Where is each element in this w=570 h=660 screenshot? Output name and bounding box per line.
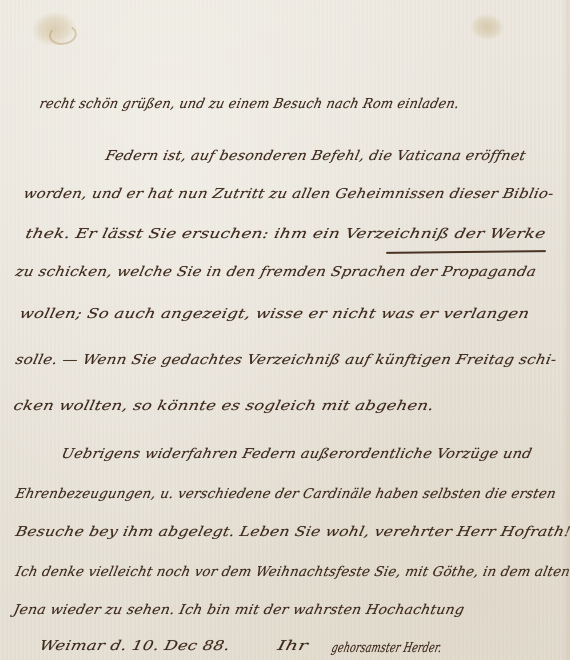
letter-line: zu schicken, welche Sie in den fremden S…: [14, 264, 538, 280]
letter-line: Besuche bey ihm abgelegt. Leben Sie wohl…: [14, 524, 570, 540]
letter-line: Federn ist, auf besonderen Befehl, die V…: [104, 148, 527, 164]
letter-line: cken wollten, so könnte es sogleich mit …: [12, 398, 435, 414]
letter-line: Jena wieder zu sehen. Ich bin mit der wa…: [12, 602, 466, 618]
letter-date: Weimar d. 10. Dec 88.: [38, 638, 231, 654]
letter-line: Ich denke vielleicht noch vor dem Weihna…: [14, 564, 570, 580]
underline-mark: [386, 250, 546, 253]
letter-line: wollen; So auch angezeigt, wisse er nich…: [18, 306, 531, 322]
letter-closing: Ihr: [276, 638, 310, 654]
paper-stain: [30, 9, 78, 49]
letter-line: Uebrigens widerfahren Federn außerordent…: [60, 446, 534, 462]
paper-stain: [469, 12, 506, 41]
letter-line: worden, und er hat nun Zutritt zu allen …: [22, 186, 555, 202]
letter-line: solle. — Wenn Sie gedachtes Verzeichniß …: [14, 352, 558, 368]
letter-line: Ehrenbezeugungen, u. verschiedene der Ca…: [14, 486, 557, 502]
letter-signature: gehorsamster Herder.: [330, 640, 443, 656]
letter-page: recht schön grüßen, und zu einem Besuch …: [0, 0, 570, 660]
letter-line: thek. Er lässt Sie ersuchen: ihm ein Ver…: [24, 226, 547, 242]
letter-line: recht schön grüßen, und zu einem Besuch …: [38, 96, 461, 112]
